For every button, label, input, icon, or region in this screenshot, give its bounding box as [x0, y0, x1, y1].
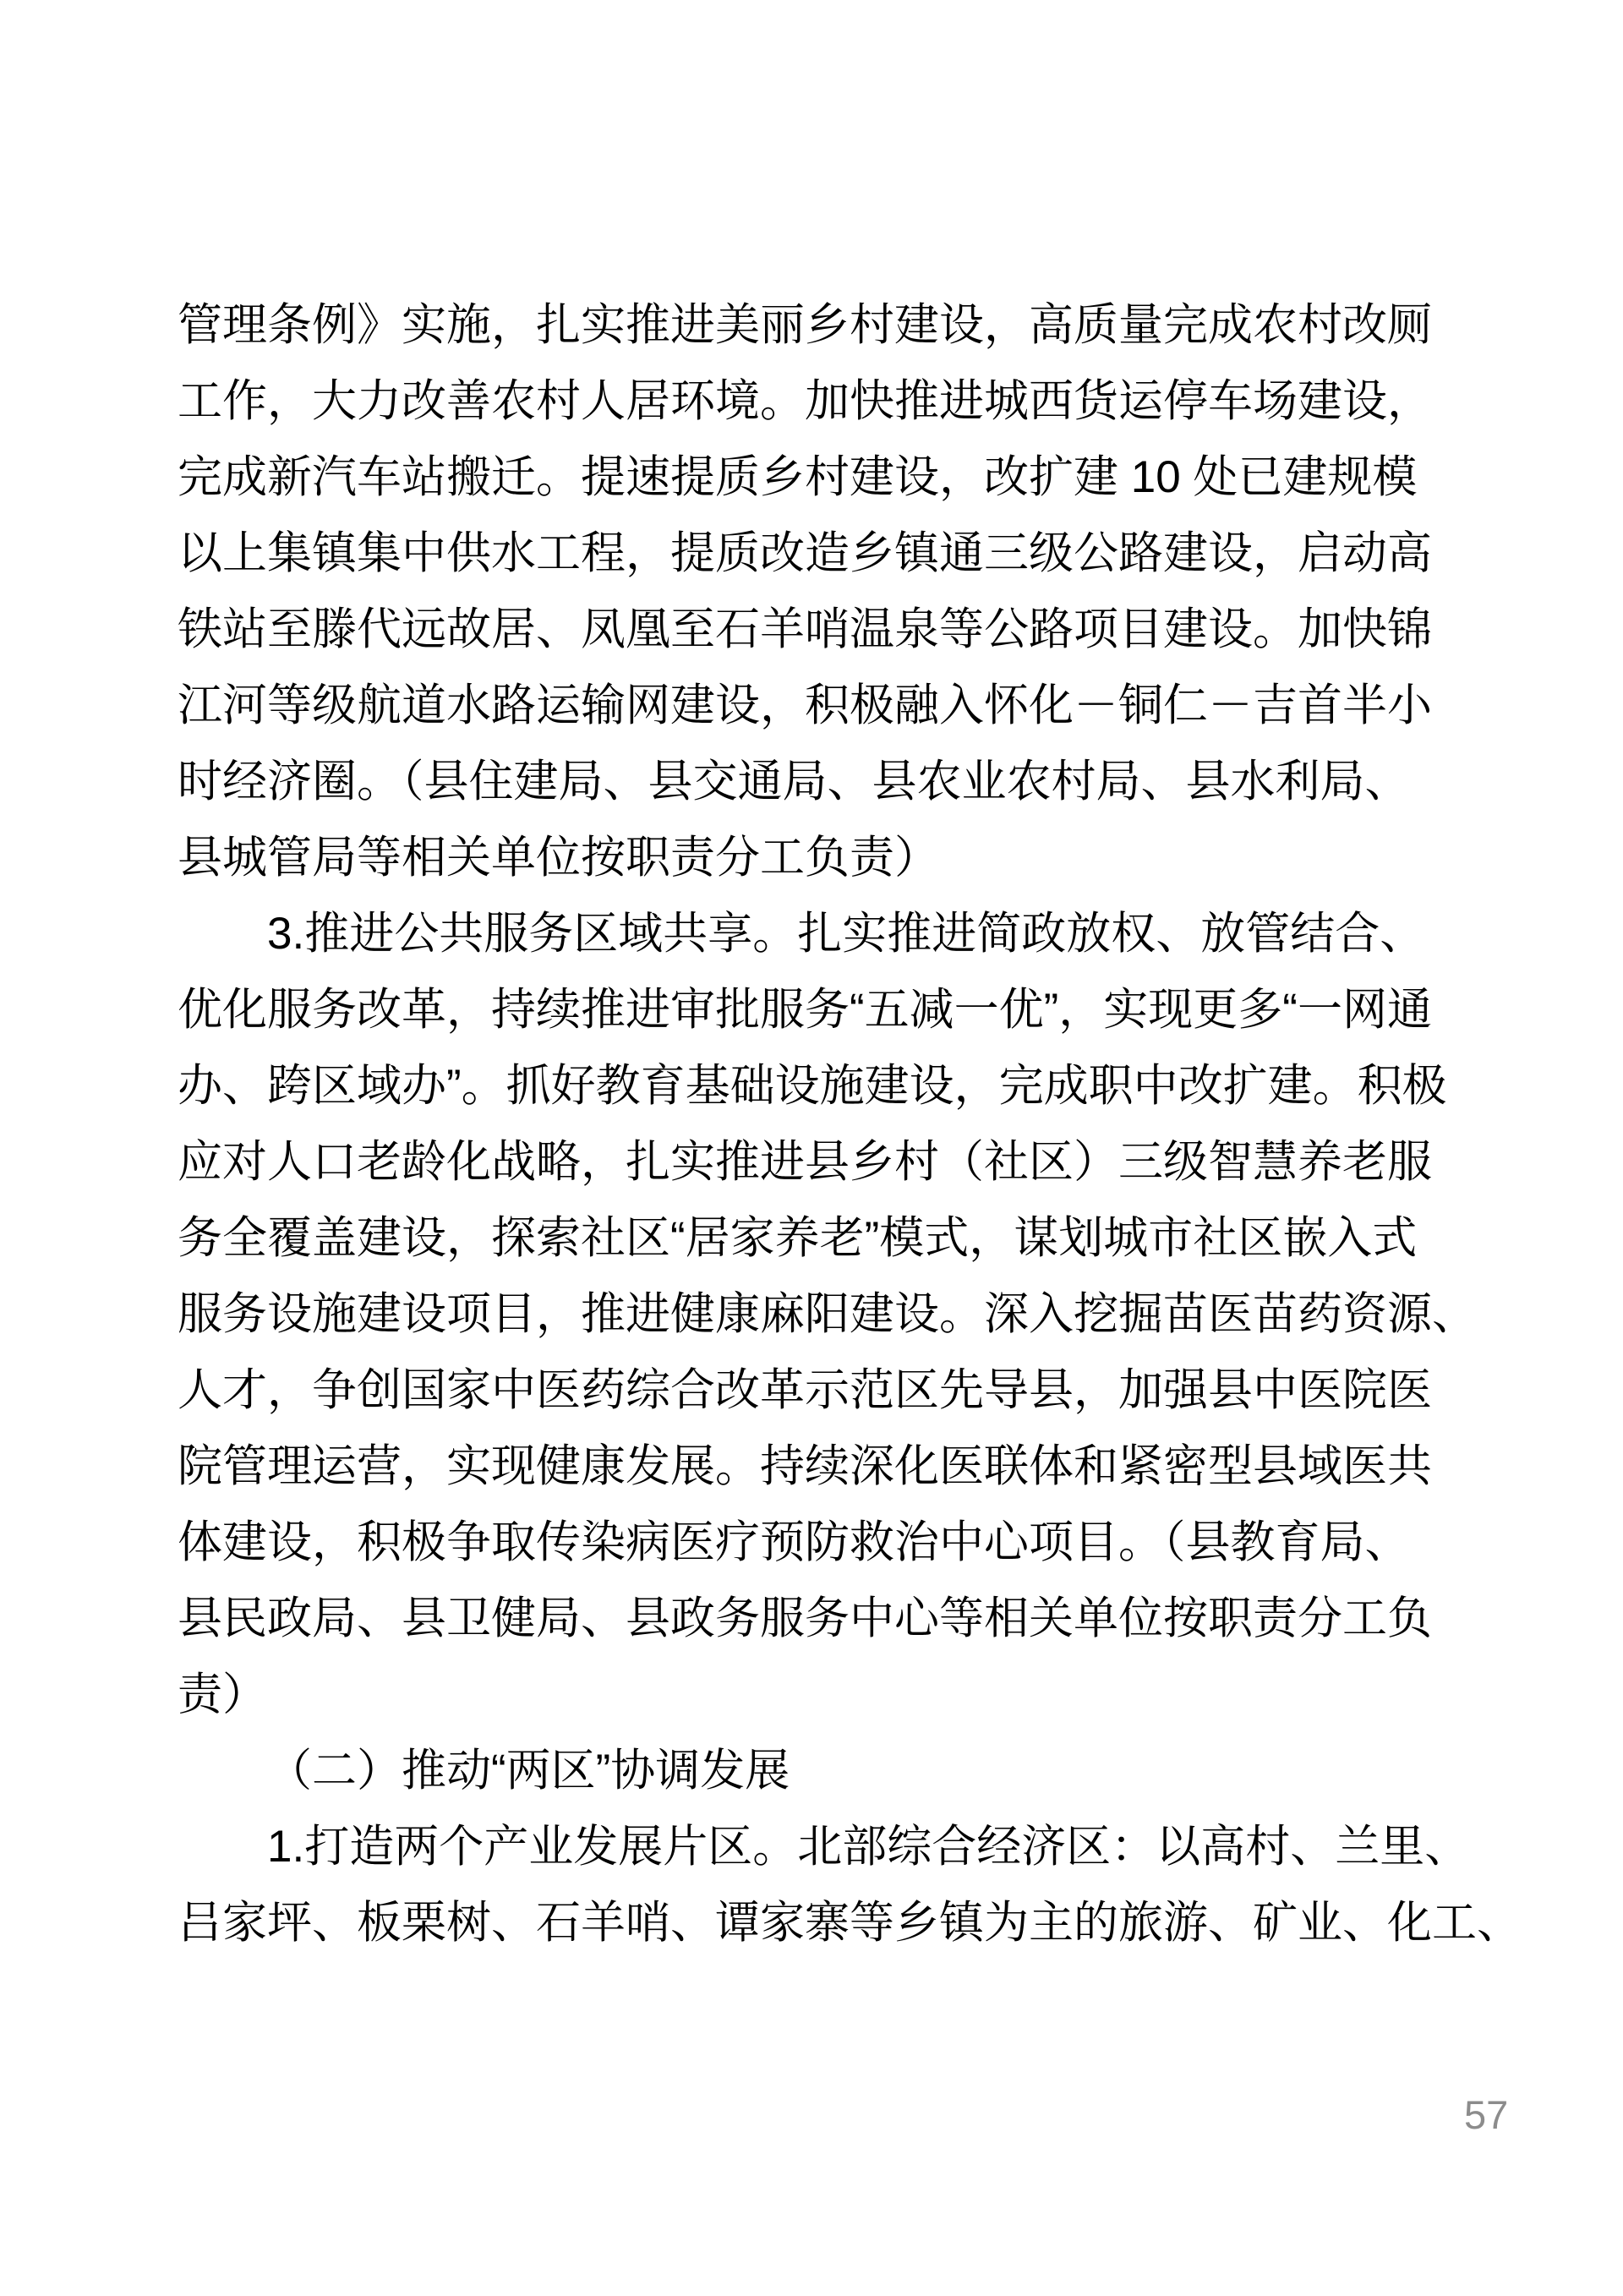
text-line: 3.推进公共服务区域共享。扎实推进简政放权、放管结合、	[178, 896, 1445, 972]
text-line: 办、跨区域办”。抓好教育基础设施建设，完成职中改扩建。积极	[178, 1048, 1445, 1124]
text-line: （二）推动“两区”协调发展	[178, 1733, 1445, 1809]
text-line: 时经济圈。（县住建局、县交通局、县农业农村局、县水利局、	[178, 744, 1445, 820]
text-line: 体建设，积极争取传染病医疗预防救治中心项目。（县教育局、	[178, 1505, 1445, 1581]
text-line: 县城管局等相关单位按职责分工负责）	[178, 820, 1445, 896]
text-line: 责）	[178, 1657, 1445, 1733]
text-line: 人才，争创国家中医药综合改革示范区先导县，加强县中医院医	[178, 1353, 1445, 1429]
text-block: 管理条例》实施，扎实推进美丽乡村建设，高质量完成农村改厕工作，大力改善农村人居环…	[178, 287, 1445, 1961]
text-line: 吕家坪、板栗树、石羊哨、谭家寨等乡镇为主的旅游、矿业、化工、	[178, 1885, 1445, 1961]
paragraph: 1.打造两个产业发展片区。北部综合经济区：以高村、兰里、吕家坪、板栗树、石羊哨、…	[178, 1809, 1445, 1961]
document-page: 管理条例》实施，扎实推进美丽乡村建设，高质量完成农村改厕工作，大力改善农村人居环…	[0, 0, 1623, 2296]
text-line: 完成新汽车站搬迁。提速提质乡村建设，改扩建 10 处已建规模	[178, 440, 1445, 516]
paragraph: 管理条例》实施，扎实推进美丽乡村建设，高质量完成农村改厕工作，大力改善农村人居环…	[178, 287, 1445, 896]
text-line: 优化服务改革，持续推进审批服务“五减一优”，实现更多“一网通	[178, 972, 1445, 1048]
text-line: 江河等级航道水路运输网建设，积极融入怀化－铜仁－吉首半小	[178, 668, 1445, 744]
paragraph: 3.推进公共服务区域共享。扎实推进简政放权、放管结合、优化服务改革，持续推进审批…	[178, 896, 1445, 1733]
text-line: 务全覆盖建设，探索社区“居家养老”模式，谋划城市社区嵌入式	[178, 1200, 1445, 1276]
text-line: 铁站至滕代远故居、凤凰至石羊哨温泉等公路项目建设。加快锦	[178, 592, 1445, 668]
text-line: 以上集镇集中供水工程，提质改造乡镇通三级公路建设，启动高	[178, 516, 1445, 592]
text-line: 院管理运营，实现健康发展。持续深化医联体和紧密型县域医共	[178, 1429, 1445, 1505]
text-line: 管理条例》实施，扎实推进美丽乡村建设，高质量完成农村改厕	[178, 287, 1445, 364]
page-number: 57	[1464, 2090, 1508, 2140]
text-line: 县民政局、县卫健局、县政务服务中心等相关单位按职责分工负	[178, 1581, 1445, 1657]
text-line: 1.打造两个产业发展片区。北部综合经济区：以高村、兰里、	[178, 1809, 1445, 1885]
text-line: 服务设施建设项目，推进健康麻阳建设。深入挖掘苗医苗药资源、	[178, 1276, 1445, 1353]
paragraph: （二）推动“两区”协调发展	[178, 1733, 1445, 1809]
text-line: 应对人口老龄化战略，扎实推进县乡村（社区）三级智慧养老服	[178, 1124, 1445, 1200]
text-line: 工作，大力改善农村人居环境。加快推进城西货运停车场建设，	[178, 364, 1445, 440]
